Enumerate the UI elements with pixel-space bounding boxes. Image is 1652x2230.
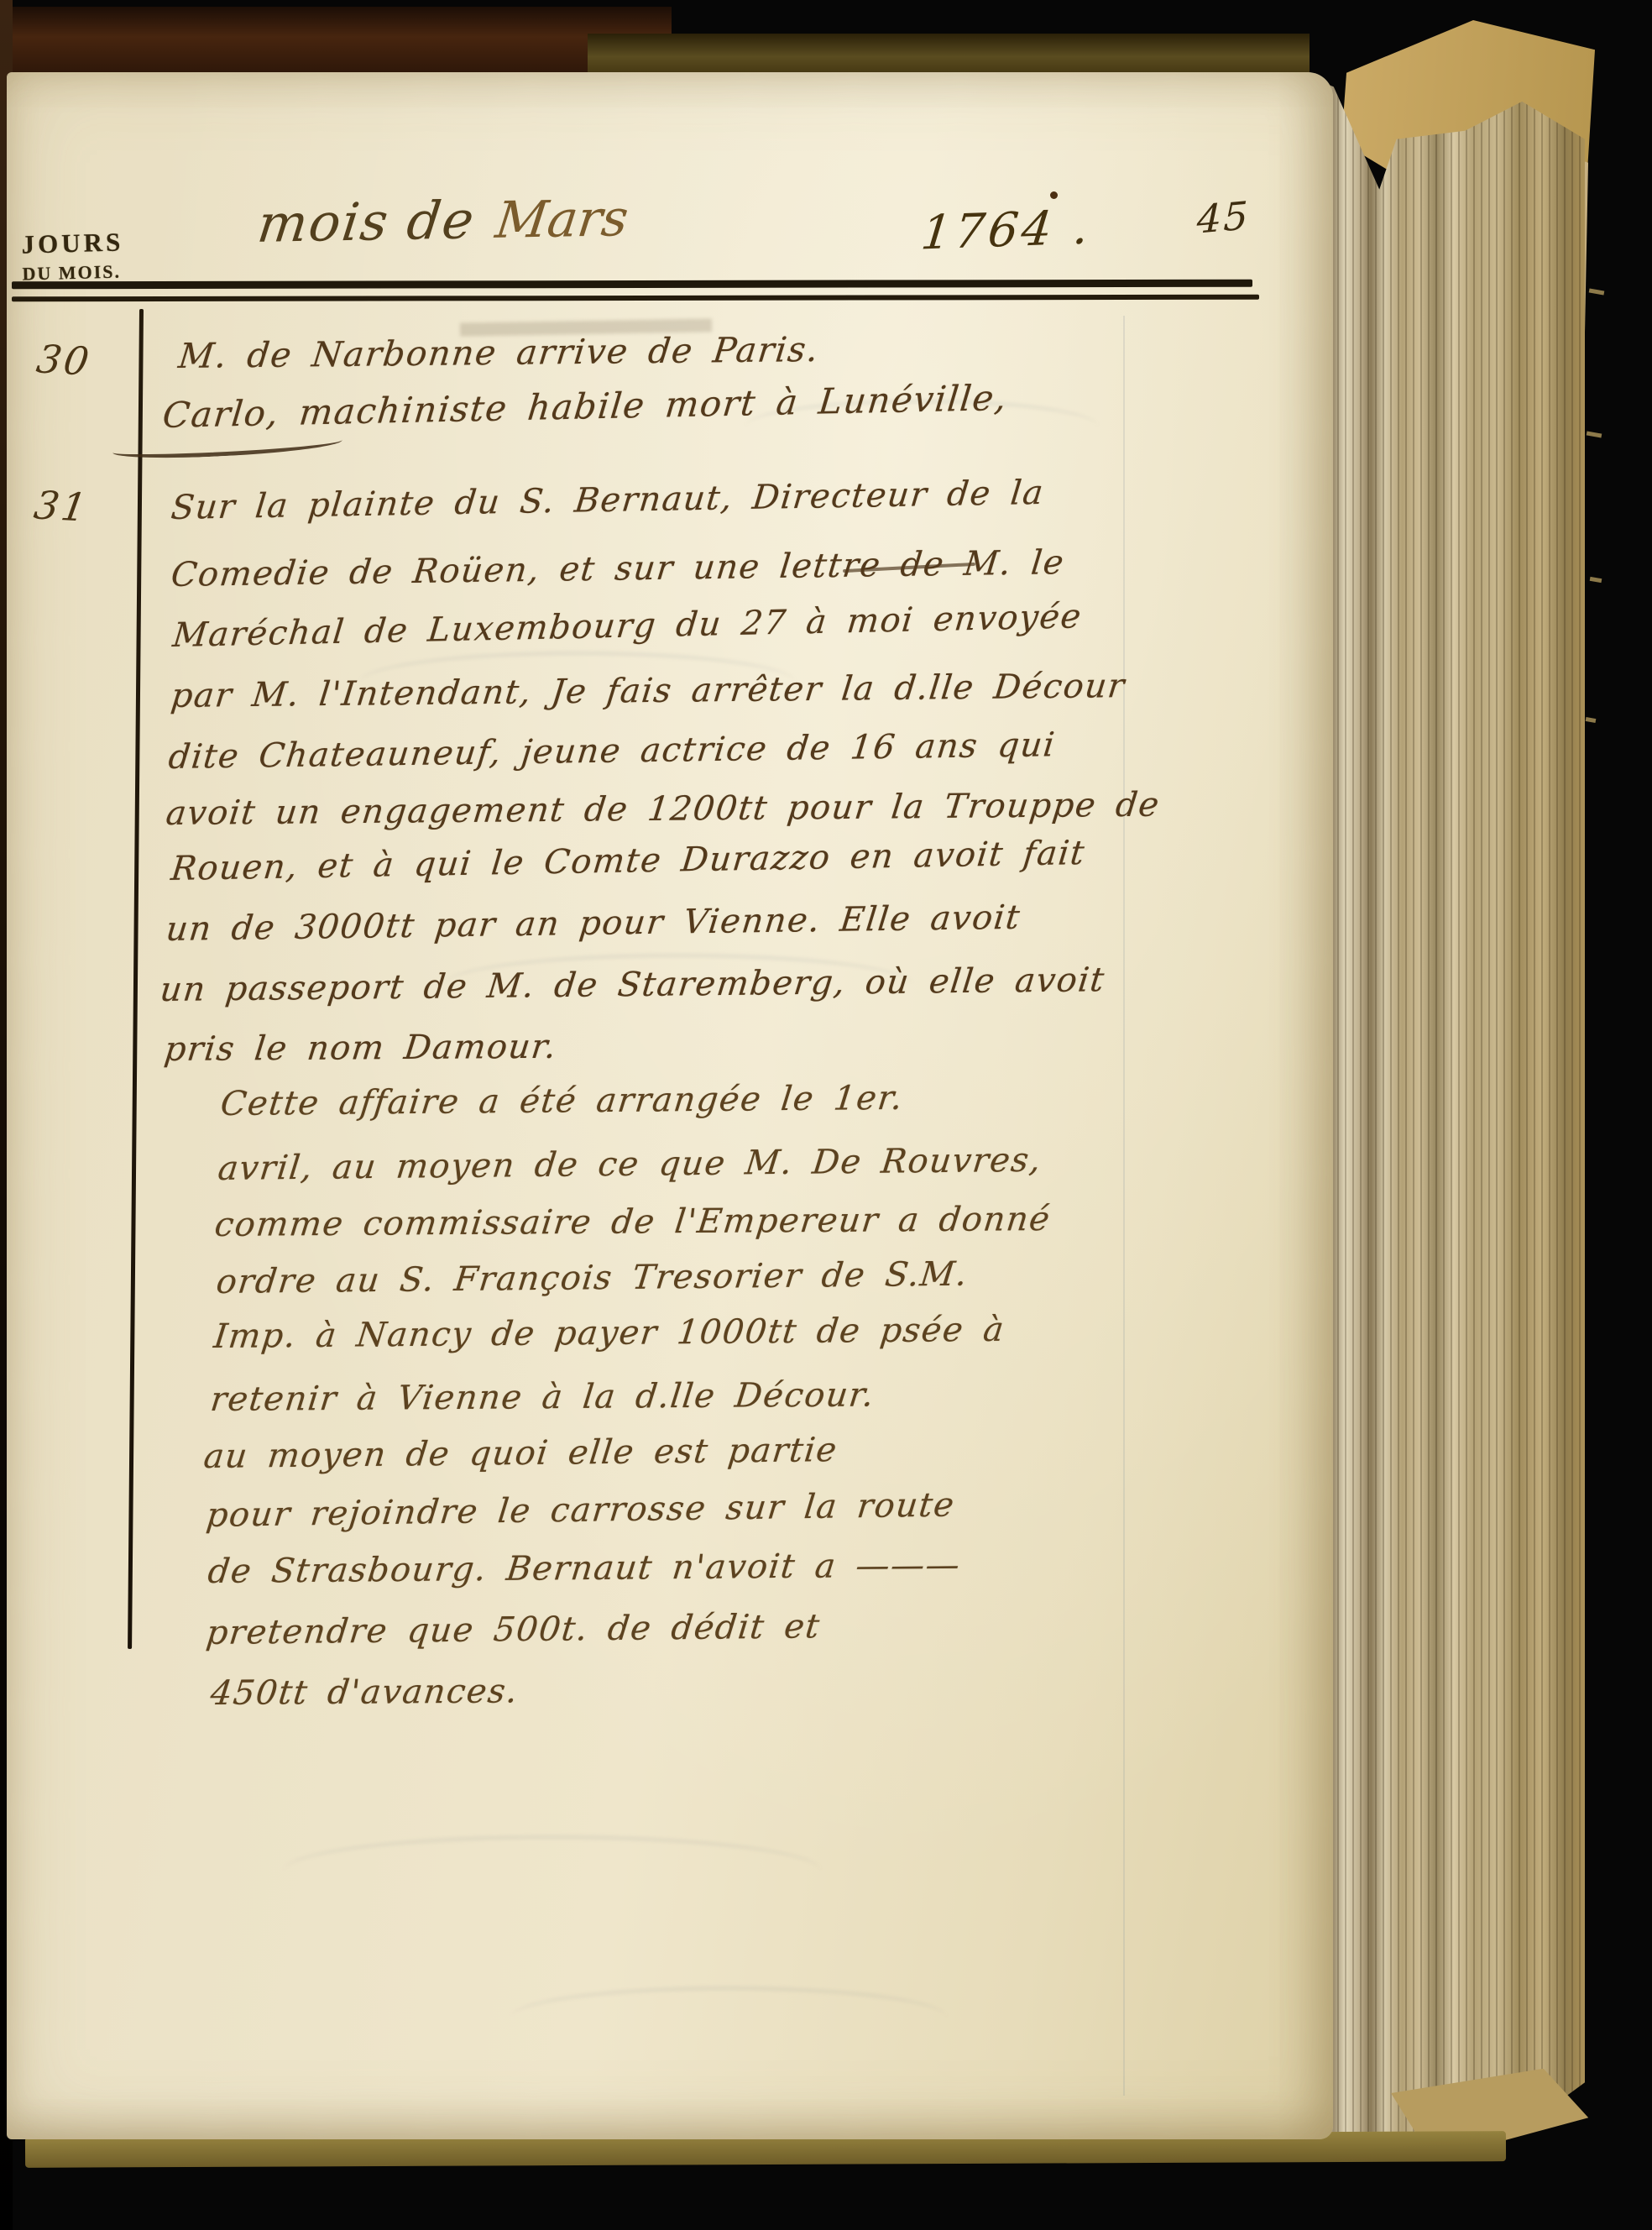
manuscript-line: par M. l'Intendant, Je fais arrêter la d… bbox=[169, 667, 1127, 715]
manuscript-line: Comedie de Roüen, et sur une lettre de M… bbox=[169, 543, 1066, 594]
printed-day-column-header: JOURS DU MOIS. bbox=[21, 227, 124, 285]
year-label: 1764 . bbox=[918, 200, 1095, 260]
manuscript-line: pris le nom Damour. bbox=[162, 1028, 559, 1069]
manuscript-addendum-line: comme commissaire de l'Empereur a donné bbox=[212, 1200, 1053, 1244]
manuscript-line: un passeport de M. de Staremberg, où ell… bbox=[158, 961, 1107, 1009]
manuscript-addendum-line: ordre au S. François Tresorier de S.M. bbox=[214, 1255, 970, 1301]
manuscript-line: dite Chateauneuf, jeune actrice de 16 an… bbox=[166, 725, 1057, 777]
manuscript-addendum-line: Cette affaire a été arrangée le 1er. bbox=[218, 1079, 905, 1123]
manuscript-addendum-line: retenir à Vienne à la d.lle Décour. bbox=[208, 1375, 876, 1419]
manuscript-line: avoit un engagement de 1200tt pour la Tr… bbox=[164, 786, 1162, 833]
fore-edge-mark bbox=[1587, 431, 1602, 437]
header-rule-thick bbox=[12, 280, 1252, 290]
ghost-ink bbox=[284, 1835, 821, 1906]
manuscript-addendum-line: au moyen de quoi elle est partie bbox=[201, 1431, 839, 1476]
month-title-prefix: mois de bbox=[254, 189, 478, 254]
manuscript-addendum-line: avril, au moyen de ce que M. De Rouvres, bbox=[216, 1141, 1043, 1188]
month-title: mois de Mars bbox=[254, 186, 632, 254]
day-number: 30 bbox=[34, 336, 95, 384]
header-rule-thin bbox=[12, 295, 1259, 302]
month-title-name: Mars bbox=[493, 189, 632, 250]
manuscript-line: M. de Narbonne arrive de Paris. bbox=[176, 329, 821, 376]
manuscript-line: Sur la plainte du S. Bernaut, Directeur … bbox=[170, 474, 1047, 527]
ghost-ink bbox=[510, 1987, 947, 2049]
binding-edge-band bbox=[588, 34, 1310, 76]
manuscript-page: JOURS DU MOIS. mois de Mars 1764 . 45 30… bbox=[7, 72, 1333, 2139]
manuscript-line: Rouen, et à qui le Comte Durazzo en avoi… bbox=[170, 834, 1088, 888]
manuscript-line: Maréchal de Luxembourg du 27 à moi envoy… bbox=[171, 597, 1085, 655]
manuscript-addendum-line: 450tt d'avances. bbox=[208, 1672, 520, 1713]
book-scan: JOURS DU MOIS. mois de Mars 1764 . 45 30… bbox=[0, 0, 1652, 2230]
manuscript-addendum-line: pretendre que 500t. de dédit et bbox=[204, 1607, 822, 1652]
manuscript-line: un de 3000tt par an pour Vienne. Elle av… bbox=[164, 898, 1022, 949]
header-label-jours: JOURS bbox=[21, 227, 124, 259]
binding-headband bbox=[0, 7, 672, 74]
fore-edge-mark bbox=[1586, 717, 1597, 723]
page-stack-fore-edge bbox=[1299, 64, 1585, 2158]
paper-crease bbox=[1123, 316, 1125, 2096]
margin-rule bbox=[128, 309, 144, 1649]
underline-flourish bbox=[112, 432, 343, 461]
manuscript-addendum-line: Imp. à Nancy de payer 1000tt de psée à bbox=[212, 1311, 1006, 1356]
manuscript-addendum-line: de Strasbourg. Bernaut n'avoit a ——— bbox=[206, 1546, 963, 1591]
folio-number: 45 bbox=[1196, 192, 1250, 242]
fore-edge-mark bbox=[1589, 288, 1605, 295]
manuscript-addendum-line: pour rejoindre le carrosse sur la route bbox=[204, 1486, 957, 1535]
fore-edge-mark bbox=[1590, 577, 1602, 583]
ink-spot bbox=[1050, 191, 1058, 199]
day-number: 31 bbox=[31, 482, 92, 530]
